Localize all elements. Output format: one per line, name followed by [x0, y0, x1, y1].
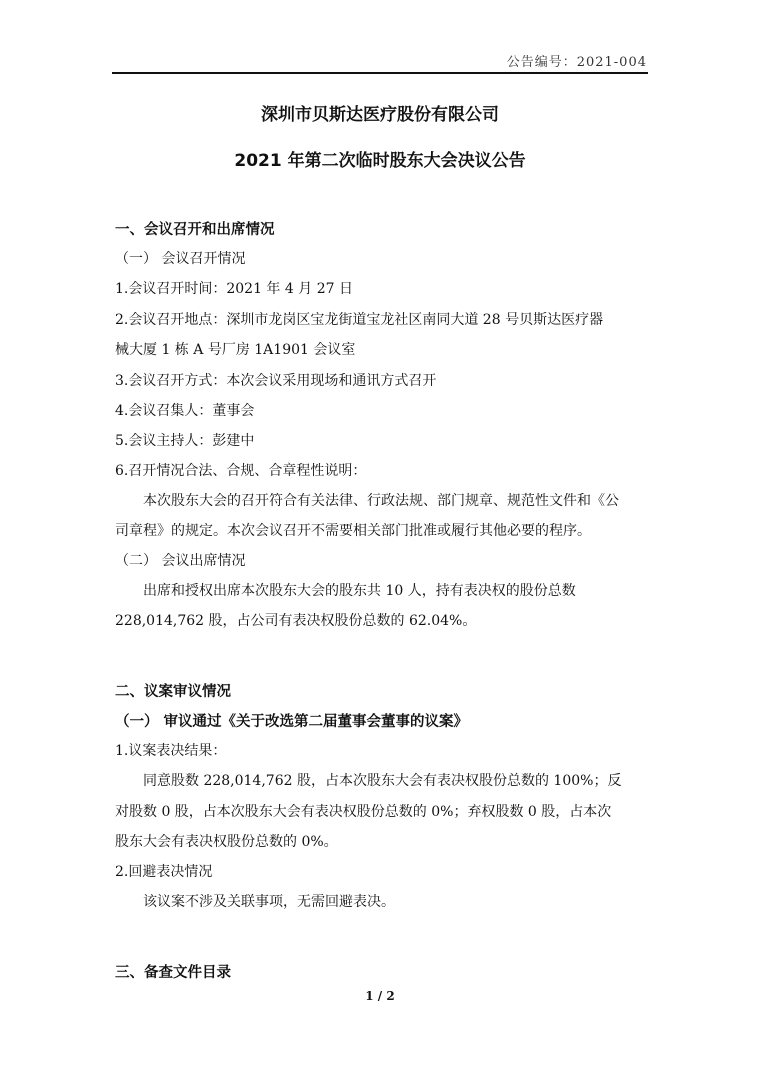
meeting-host: 5.会议主持人：彭建中 [115, 430, 254, 450]
section1-sub2-heading: （二） 会议出席情况 [115, 550, 245, 570]
meeting-time: 1.会议召开时间：2021 年 4 月 27 日 [115, 278, 353, 298]
legality-text-1: 本次股东大会的召开符合有关法律、行政法规、部门规章、规范性文件和《公 [143, 490, 619, 510]
vote-result-label: 1.议案表决结果： [115, 740, 226, 760]
meeting-method: 3.会议召开方式：本次会议采用现场和通讯方式召开 [115, 370, 436, 390]
company-name-title: 深圳市贝斯达医疗股份有限公司 [0, 100, 760, 125]
header-divider [112, 72, 648, 74]
section2-heading: 二、议案审议情况 [115, 680, 231, 701]
document-page: 公告编号：2021-004 深圳市贝斯达医疗股份有限公司 2021 年第二次临时… [0, 0, 760, 1075]
section1-heading: 一、会议召开和出席情况 [115, 218, 275, 239]
section1-sub1-heading: （一） 会议召开情况 [115, 248, 245, 268]
meeting-location-cont: 械大厦 1 栋 A 号厂房 1A1901 会议室 [115, 339, 355, 359]
meeting-convener: 4.会议召集人：董事会 [115, 400, 254, 420]
section3-heading: 三、备查文件目录 [115, 961, 231, 982]
vote-result-text-2: 对股数 0 股，占本次股东大会有表决权股份总数的 0%；弃权股数 0 股，占本次 [115, 801, 611, 821]
proposal-heading: （一） 审议通过《关于改选第二届董事会董事的议案》 [115, 710, 468, 731]
vote-result-text-1: 同意股数 228,014,762 股，占本次股东大会有表决权股份总数的 100%… [143, 770, 621, 790]
vote-result-text-3: 股东大会有表决权股份总数的 0%。 [115, 831, 338, 851]
legality-label: 6.召开情况合法、合规、合章程性说明： [115, 460, 366, 480]
recusal-text: 该议案不涉及关联事项，无需回避表决。 [143, 891, 395, 911]
recusal-label: 2.回避表决情况 [115, 861, 212, 881]
page-number: 1 / 2 [0, 989, 760, 1003]
legality-text-2: 司章程》的规定。本次会议召开不需要相关部门批准或履行其他必要的程序。 [115, 520, 591, 540]
attendance-text-1: 出席和授权出席本次股东大会的股东共 10 人，持有表决权的股份总数 [143, 580, 576, 600]
announcement-number: 公告编号：2021-004 [507, 51, 647, 70]
meeting-location: 2.会议召开地点：深圳市龙岗区宝龙街道宝龙社区南同大道 28 号贝斯达医疗器 [115, 309, 603, 329]
announcement-title: 2021 年第二次临时股东大会决议公告 [0, 146, 760, 171]
attendance-text-2: 228,014,762 股，占公司有表决权股份总数的 62.04%。 [115, 610, 476, 630]
